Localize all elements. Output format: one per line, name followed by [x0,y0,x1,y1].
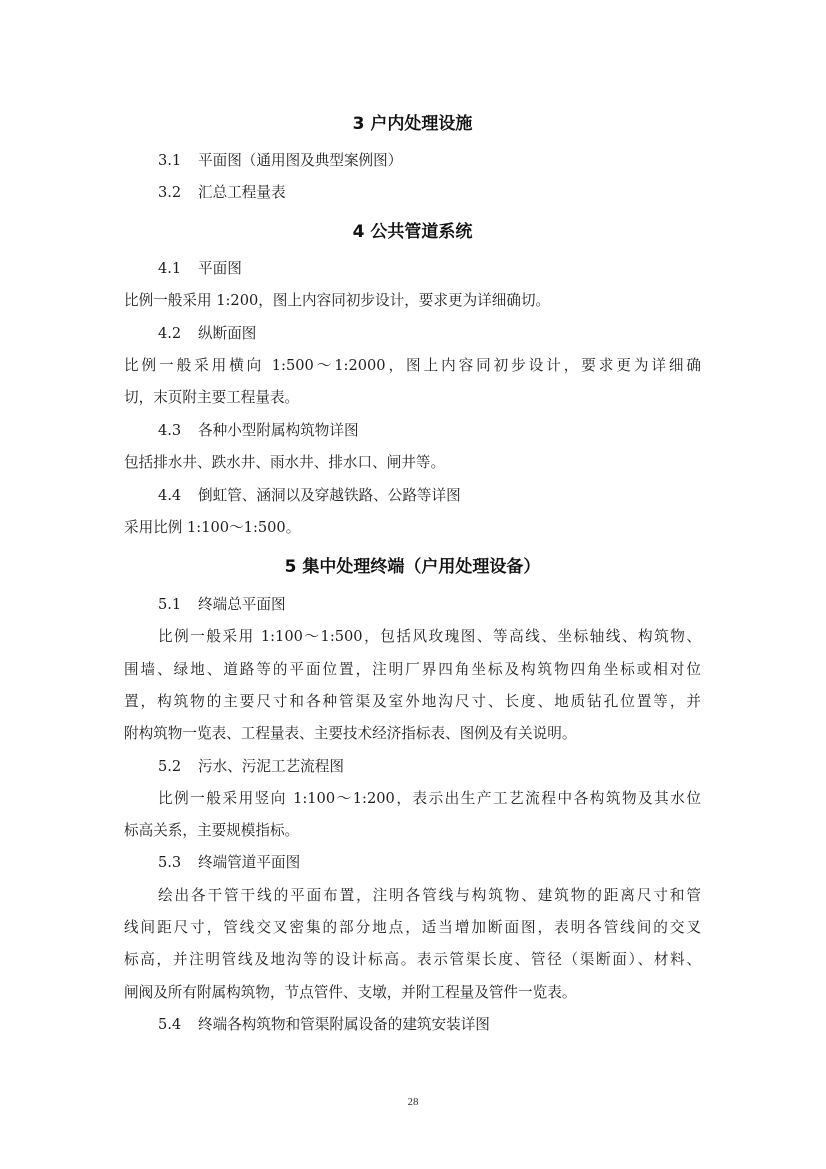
paragraph-line: 闸阀及所有附属构筑物，节点管件、支墩，并附工程量及管件一览表。 [124,983,704,1003]
section-heading-5: 5 集中处理终端（户用处理设备） [124,557,701,577]
item-5-1: 5.1终端总平面图 [158,595,738,615]
paragraph-line: 置，构筑物的主要尺寸和各种管渠及室外地沟尺寸、长度、地质钻孔位置等，并 [124,692,701,712]
item-number: 5.4 [158,1015,198,1035]
item-title: 平面图（通用图及典型案例图） [198,152,402,169]
paragraph-line: 标高关系，主要规模指标。 [124,821,704,841]
paragraph-line: 比例一般采用竖向 1:100～1:200，表示出生产工艺流程中各构筑物及其水位 [158,789,701,809]
item-number: 5.1 [158,595,198,615]
paragraph-line: 比例一般采用横向 1:500～1:2000，图上内容同初步设计，要求更为详细确 [124,356,701,376]
paragraph-line: 切，末页附主要工程量表。 [124,388,704,408]
item-title: 纵断面图 [198,325,256,342]
document-page: 3 户内处理设施 3.1平面图（通用图及典型案例图） 3.2汇总工程量表 4 公… [0,0,826,1169]
item-number: 4.1 [158,259,198,279]
paragraph-line: 线间距尺寸，管线交叉密集的部分地点，适当增加断面图，表明各管线间的交叉 [124,918,701,938]
item-4-1: 4.1平面图 [158,259,738,279]
paragraph-line: 标高，并注明管线及地沟等的设计标高。表示管渠长度、管径（渠断面）、材料、 [124,950,701,970]
paragraph-line: 包括排水井、跌水井、雨水井、排水口、闸井等。 [124,453,704,473]
paragraph-line: 附构筑物一览表、工程量表、主要技术经济指标表、图例及有关说明。 [124,724,704,744]
item-number: 4.3 [158,421,198,441]
item-number: 4.4 [158,486,198,506]
paragraph-line: 绘出各干管干线的平面布置，注明各管线与构筑物、建筑物的距离尺寸和管 [158,886,701,906]
item-3-2: 3.2汇总工程量表 [158,183,738,203]
page-number: 28 [0,1096,826,1108]
item-number: 3.2 [158,183,198,203]
item-4-3: 4.3各种小型附属构筑物详图 [158,421,738,441]
item-5-2: 5.2污水、污泥工艺流程图 [158,757,738,777]
paragraph-line: 采用比例 1:100～1:500。 [124,518,704,538]
item-5-4: 5.4终端各构筑物和管渠附属设备的建筑安装详图 [158,1015,738,1035]
paragraph-line: 比例一般采用 1:200，图上内容同初步设计，要求更为详细确切。 [124,291,704,311]
item-3-1: 3.1平面图（通用图及典型案例图） [158,151,738,171]
item-title: 终端总平面图 [198,596,286,613]
item-number: 3.1 [158,151,198,171]
item-number: 5.3 [158,853,198,873]
item-4-4: 4.4倒虹管、涵洞以及穿越铁路、公路等详图 [158,486,738,506]
item-number: 4.2 [158,324,198,344]
paragraph-line: 围墙、绿地、道路等的平面位置，注明厂界四角坐标及构筑物四角坐标或相对位 [124,660,701,680]
item-title: 汇总工程量表 [198,184,286,201]
item-title: 倒虹管、涵洞以及穿越铁路、公路等详图 [198,487,461,504]
item-title: 污水、污泥工艺流程图 [198,758,344,775]
item-title: 终端各构筑物和管渠附属设备的建筑安装详图 [198,1016,490,1033]
item-title: 平面图 [198,260,242,277]
item-number: 5.2 [158,757,198,777]
item-5-3: 5.3终端管道平面图 [158,853,738,873]
section-heading-3: 3 户内处理设施 [124,114,701,134]
section-heading-4: 4 公共管道系统 [124,222,701,242]
paragraph-line: 比例一般采用 1:100～1:500，包括风玫瑰图、等高线、坐标轴线、构筑物、 [158,627,701,647]
item-4-2: 4.2纵断面图 [158,324,738,344]
item-title: 终端管道平面图 [198,854,300,871]
item-title: 各种小型附属构筑物详图 [198,422,359,439]
